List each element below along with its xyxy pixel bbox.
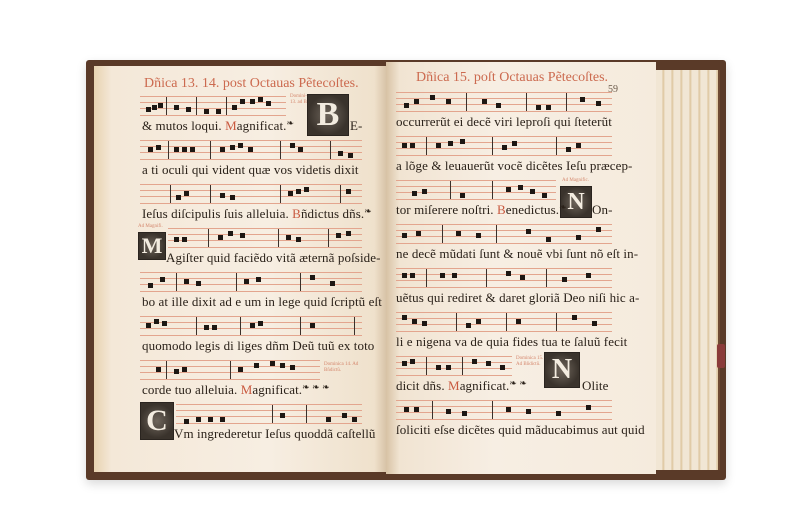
staff xyxy=(140,140,362,160)
rubric-note: Ad Magnifi. xyxy=(138,224,163,230)
lyric-line: Agiſter quid faciẽdo vitã æternã poſside… xyxy=(166,250,381,266)
lyric-continuation: Olite xyxy=(582,378,609,394)
left-running-head: Dñica 13. 14. post Octauas Pẽtecoſtes. xyxy=(144,76,359,92)
lyric-line: Vm ingrederetur Ieſus quoddã caſtellũ xyxy=(174,426,376,442)
lyric-line: uẽtus qui rediret & daret gloriã Deo niſ… xyxy=(396,290,639,306)
page-edges xyxy=(656,70,720,470)
staff xyxy=(168,228,362,248)
left-page: Dñica 13. 14. post Octauas Pẽtecoſtes. D… xyxy=(94,66,386,472)
lyric-line: Ieſus diſcipulis ſuis alleluia. Bñdictus… xyxy=(142,206,364,222)
right-running-head: Dñica 15. poſt Octauas Pẽtecoſtes. xyxy=(416,70,608,86)
staff xyxy=(140,360,320,380)
staff xyxy=(396,92,612,112)
staff xyxy=(396,180,556,200)
decorated-initial-n: N xyxy=(544,352,580,388)
lyric-line: & mutos loqui. Magnificat. ❧ xyxy=(142,118,287,134)
lyric-continuation: On- xyxy=(592,202,613,218)
staff xyxy=(140,184,362,204)
lyric-line: tor miſerere noſtri. Benedictus. ❧ xyxy=(396,202,559,218)
rubric-note: Ad Magnific. xyxy=(562,178,589,184)
lyric-line: ſoliciti eſse dicẽtes quid mãducabimus a… xyxy=(396,422,645,438)
rubric-note: Dominica 15. Ad Bñdictũ. xyxy=(516,356,544,368)
decorated-initial-c: C xyxy=(140,402,174,440)
decorated-initial-m: M xyxy=(138,232,166,260)
lyric-line: corde tuo alleluia. Magnificat. ❧ ❧ ❧ xyxy=(142,382,302,398)
decorated-initial-b: B xyxy=(307,94,349,136)
lyric-line: a lõge & leuauerũt vocẽ dicẽtes Ieſu præ… xyxy=(396,158,633,174)
lyric-line: quomodo legis di liges dñm Deũ tuũ ex to… xyxy=(142,338,374,354)
lyric-line: li e nigena va de quia fides tua te ſalu… xyxy=(396,334,627,350)
rubric-note: Dominica 14. Ad Bñdictũ. xyxy=(324,362,364,374)
staff xyxy=(396,268,612,288)
lyric-line: bo at ille dixit ad e um in lege quid ſc… xyxy=(142,294,382,310)
staff xyxy=(396,312,612,332)
right-page: Dñica 15. poſt Octauas Pẽtecoſtes. 59 oc… xyxy=(386,62,656,474)
staff xyxy=(176,404,362,424)
staff xyxy=(396,136,612,156)
staff xyxy=(140,272,362,292)
staff xyxy=(396,400,612,420)
lyric-line: occurrerũt ei decẽ viri leproſi qui ſtet… xyxy=(396,114,612,130)
lyric-line: a ti oculi qui vident quæ vos videtis di… xyxy=(142,162,359,178)
lyric-continuation: E- xyxy=(350,118,362,134)
staff xyxy=(396,224,612,244)
staff xyxy=(140,316,362,336)
ribbon-tab xyxy=(717,344,725,368)
staff xyxy=(396,356,512,376)
staff xyxy=(140,96,286,116)
lyric-line: dicit dñs. Magnificat. ❧ ❧ xyxy=(396,378,509,394)
lyric-line: ne decẽ mũdati ſunt & nouẽ vbi ſunt nõ e… xyxy=(396,246,638,262)
